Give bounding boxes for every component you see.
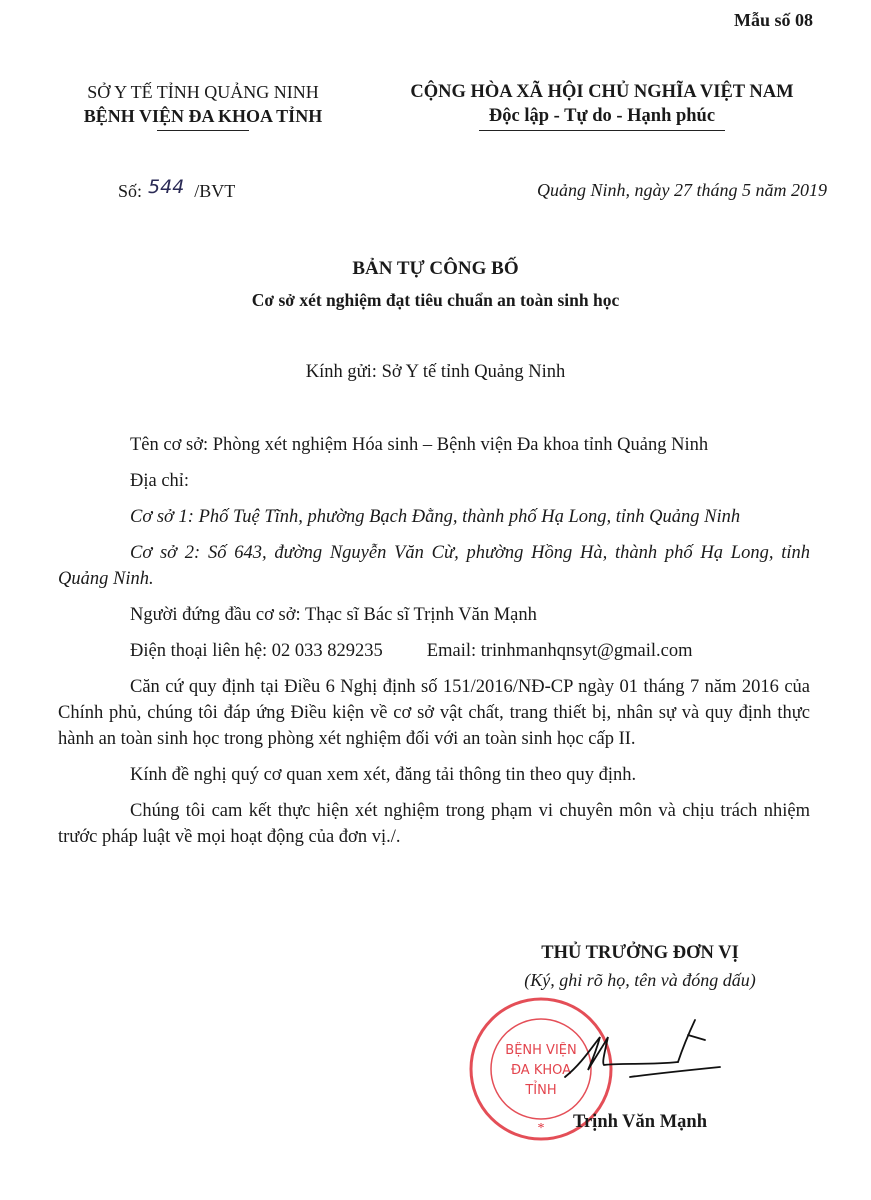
reference-prefix: Số: <box>118 181 142 201</box>
signature-title: THỦ TRƯỞNG ĐƠN VỊ <box>440 943 840 964</box>
legal-basis: Căn cứ quy định tại Điều 6 Nghị định số … <box>58 674 810 752</box>
document-title: BẢN TỰ CÔNG BỐ <box>0 258 871 280</box>
reference-suffix: /BVT <box>194 181 235 201</box>
address-2: Cơ sở 2: Số 643, đường Nguyễn Văn Cừ, ph… <box>58 540 810 592</box>
commitment: Chúng tôi cam kết thực hiện xét nghiệm t… <box>58 798 810 850</box>
reference-handwritten-number: 544 <box>148 176 184 198</box>
recipient-line: Kính gửi: Sở Y tế tỉnh Quảng Ninh <box>0 362 871 383</box>
signatory-name: Trịnh Văn Mạnh <box>440 1112 840 1133</box>
document-body: Tên cơ sở: Phòng xét nghiệm Hóa sinh – B… <box>58 432 810 850</box>
place-date: Quảng Ninh, ngày 27 tháng 5 năm 2019 <box>537 180 827 201</box>
signature-note: (Ký, ghi rõ họ, tên và đóng dấu) <box>440 970 840 991</box>
facility-name: Tên cơ sở: Phòng xét nghiệm Hóa sinh – B… <box>58 432 810 458</box>
facility-head: Người đứng đầu cơ sở: Thạc sĩ Bác sĩ Trị… <box>58 602 810 628</box>
form-number: Mẫu số 08 <box>734 10 813 31</box>
national-motto: Độc lập - Tự do - Hạnh phúc <box>372 104 832 128</box>
issuing-agency-header: SỞ Y TẾ TỈNH QUẢNG NINH BỆNH VIỆN ĐA KHO… <box>58 80 348 131</box>
contact-line: Điện thoại liên hệ: 02 033 829235Email: … <box>58 638 810 664</box>
contact-phone: Điện thoại liên hệ: 02 033 829235 <box>130 641 383 661</box>
address-1: Cơ sở 1: Phố Tuệ Tĩnh, phường Bạch Đằng,… <box>58 504 810 530</box>
address-label: Địa chỉ: <box>58 468 810 494</box>
document-subtitle: Cơ sở xét nghiệm đạt tiêu chuẩn an toàn … <box>0 290 871 311</box>
national-header: CỘNG HÒA XÃ HỘI CHỦ NGHĨA VIỆT NAM Độc l… <box>372 80 832 131</box>
agency-parent: SỞ Y TẾ TỈNH QUẢNG NINH <box>58 80 348 104</box>
national-title: CỘNG HÒA XÃ HỘI CHỦ NGHĨA VIỆT NAM <box>372 80 832 104</box>
motto-underline <box>479 130 725 131</box>
request-line: Kính đề nghị quý cơ quan xem xét, đăng t… <box>58 762 810 788</box>
agency-name: BỆNH VIỆN ĐA KHOA TỈNH <box>58 104 348 128</box>
header-underline <box>157 130 249 131</box>
reference-number: Số:544/BVT <box>118 180 235 202</box>
svg-text:TỈNH: TỈNH <box>524 1081 556 1098</box>
contact-email: Email: trinhmanhqnsyt@gmail.com <box>427 641 693 661</box>
handwritten-signature-icon <box>560 1015 740 1095</box>
